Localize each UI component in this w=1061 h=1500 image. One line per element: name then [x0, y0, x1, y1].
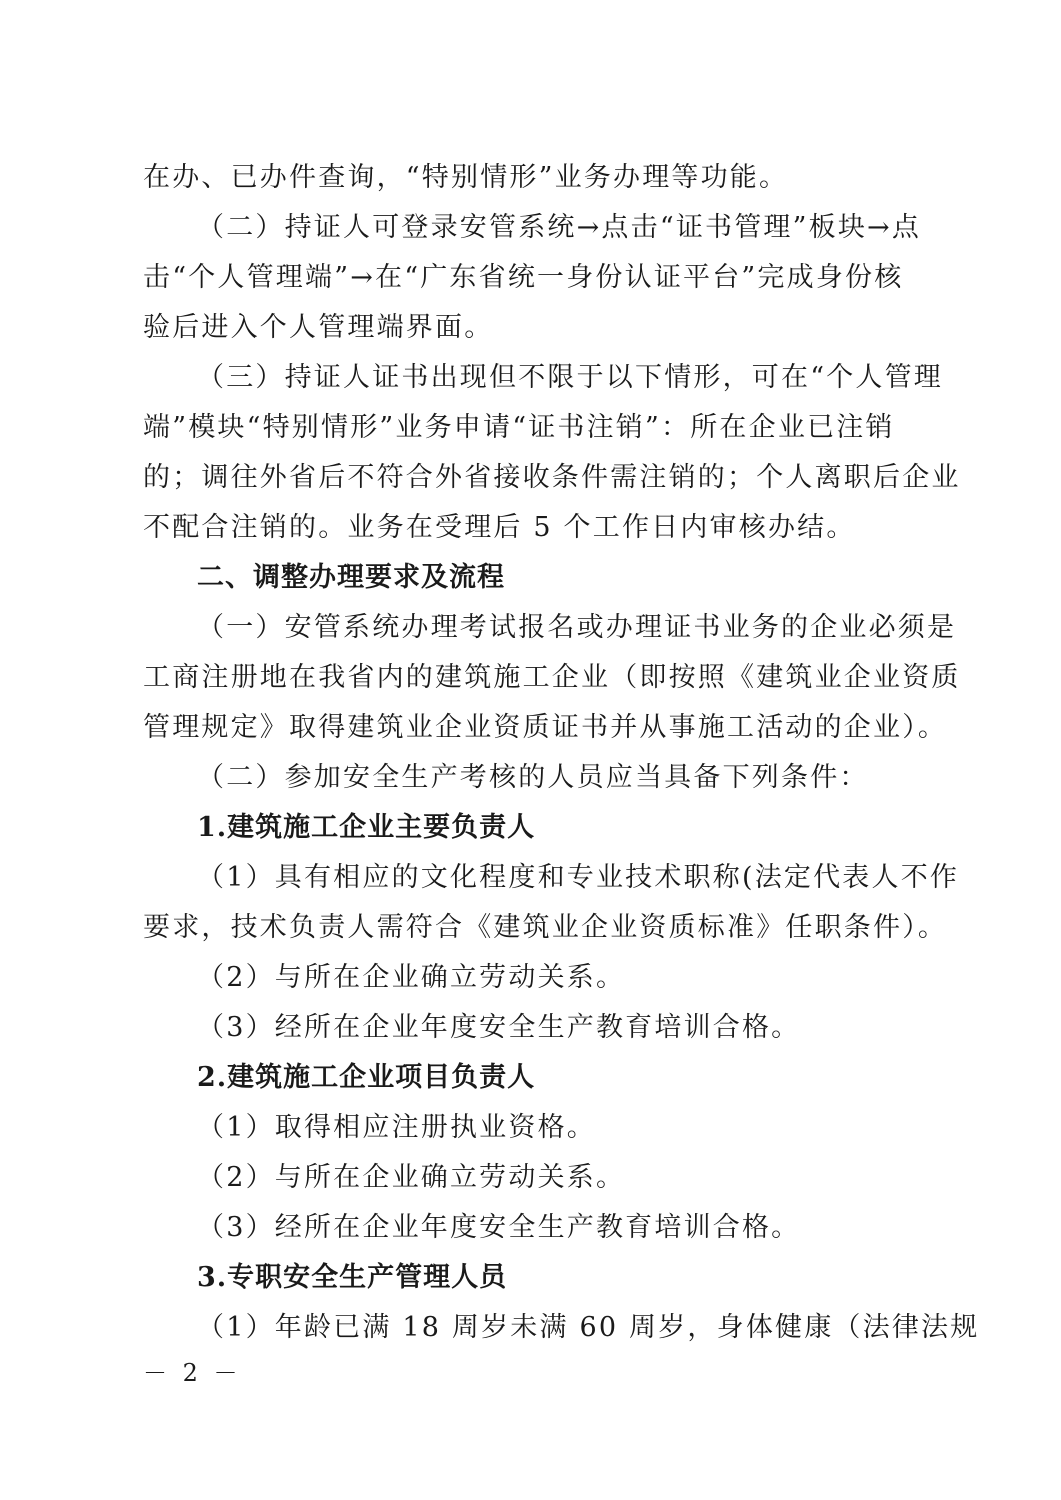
- subsection-heading: 1.建筑施工企业主要负责人: [197, 810, 987, 846]
- paragraph-line: 端”模块“特别情形”业务申请“证书注销”：所在企业已注销: [143, 410, 933, 446]
- paragraph-line: （二）持证人可登录安管系统→点击“证书管理”板块→点: [197, 210, 987, 246]
- paragraph-line: （三）持证人证书出现但不限于以下情形，可在“个人管理: [197, 360, 987, 396]
- paragraph-line: （二）参加安全生产考核的人员应当具备下列条件：: [197, 760, 987, 796]
- paragraph-line: 在办、已办件查询，“特别情形”业务办理等功能。: [143, 160, 933, 196]
- paragraph-line: 要求，技术负责人需符合《建筑业企业资质标准》任职条件）。: [143, 910, 933, 946]
- subsection-heading: 3.专职安全生产管理人员: [197, 1260, 987, 1296]
- paragraph-line: （1）取得相应注册执业资格。: [197, 1110, 987, 1146]
- paragraph-line: （1）具有相应的文化程度和专业技术职称(法定代表人不作: [197, 860, 987, 896]
- paragraph-line: （一）安管系统办理考试报名或办理证书业务的企业必须是: [197, 610, 987, 646]
- paragraph-line: 验后进入个人管理端界面。: [143, 310, 933, 346]
- paragraph-line: 击“个人管理端”→在“广东省统一身份认证平台”完成身份核: [143, 260, 933, 296]
- page-number: － 2 －: [143, 1358, 242, 1388]
- document-page: 在办、已办件查询，“特别情形”业务办理等功能。（二）持证人可登录安管系统→点击“…: [0, 0, 1061, 1500]
- paragraph-line: 管理规定》取得建筑业企业资质证书并从事施工活动的企业）。: [143, 710, 933, 746]
- paragraph-line: （1）年龄已满 18 周岁未满 60 周岁，身体健康（法律法规: [197, 1310, 987, 1346]
- paragraph-line: （3）经所在企业年度安全生产教育培训合格。: [197, 1210, 987, 1246]
- subsection-heading: 2.建筑施工企业项目负责人: [197, 1060, 987, 1096]
- paragraph-line: 的；调往外省后不符合外省接收条件需注销的；个人离职后企业: [143, 460, 933, 496]
- paragraph-line: （2）与所在企业确立劳动关系。: [197, 960, 987, 996]
- section-heading: 二、调整办理要求及流程: [197, 560, 987, 596]
- paragraph-line: （3）经所在企业年度安全生产教育培训合格。: [197, 1010, 987, 1046]
- paragraph-line: （2）与所在企业确立劳动关系。: [197, 1160, 987, 1196]
- paragraph-line: 不配合注销的。业务在受理后 5 个工作日内审核办结。: [143, 510, 933, 546]
- paragraph-line: 工商注册地在我省内的建筑施工企业（即按照《建筑业企业资质: [143, 660, 933, 696]
